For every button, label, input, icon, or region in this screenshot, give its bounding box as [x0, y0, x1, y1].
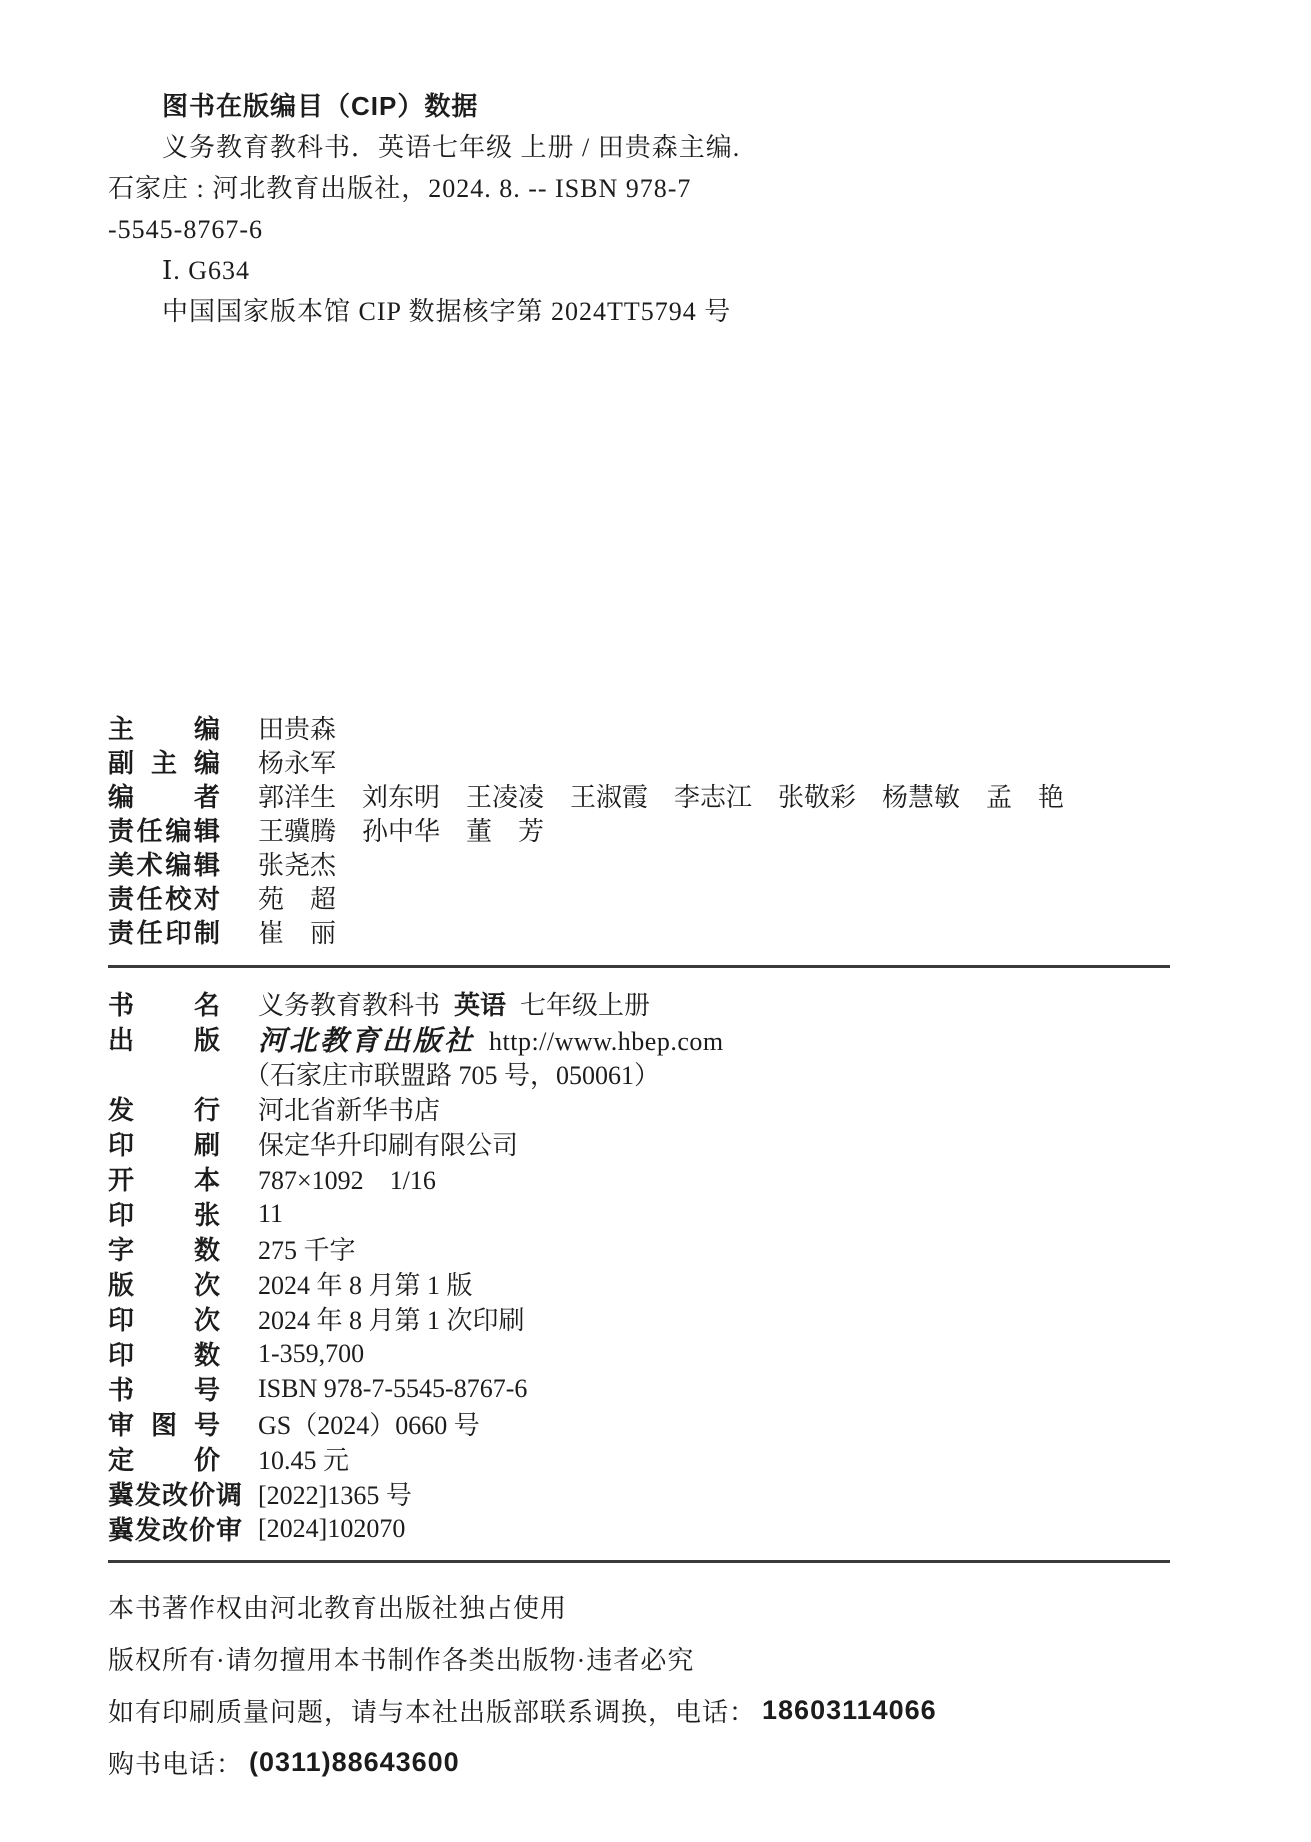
- row-value: 王骥腾 孙中华 董 芳: [258, 811, 544, 848]
- label-char: 号: [194, 1405, 220, 1442]
- text-part: 2024 年 8 月第 1 版: [258, 1271, 473, 1300]
- row-value: [2024]102070: [258, 1514, 405, 1544]
- label-char: 印: [108, 1300, 134, 1337]
- row-label: 定价: [108, 1440, 220, 1477]
- staff-block: 主编田贵森副主编杨永军编者郭洋生 刘东明 王凌凌 王淑霞 李志江 张敬彩 杨慧敏…: [108, 710, 1188, 948]
- label-char: 改: [162, 1475, 188, 1512]
- label-char: 术: [137, 845, 163, 882]
- text-part: 义务教育教科书: [258, 991, 440, 1020]
- label-char: 印: [165, 913, 191, 950]
- publication-row: 印次2024 年 8 月第 1 次印刷: [108, 1301, 1188, 1336]
- row-value: 河北省新华书店: [258, 1090, 440, 1127]
- cip-block: 图书在版编目（CIP）数据 义务教育教科书．英语七年级 上册 / 田贵森主编.石…: [108, 86, 1188, 332]
- row-value: 郭洋生 刘东明 王凌凌 王淑霞 李志江 张敬彩 杨慧敏 孟 艳: [258, 777, 1064, 814]
- label-char: 主: [108, 709, 134, 746]
- label-char: 刷: [194, 1125, 220, 1162]
- label-char: 责: [108, 879, 134, 916]
- row-value: 787×1092 1/16: [258, 1160, 436, 1197]
- label-char: 出: [108, 1020, 134, 1057]
- text-part: 10.45 元: [258, 1446, 349, 1475]
- label-char: 发: [135, 1510, 161, 1547]
- label-char: 编: [165, 811, 191, 848]
- label-char: 张: [194, 1195, 220, 1232]
- phone-number: (0311)88643600: [249, 1747, 460, 1778]
- label-char: 冀: [108, 1510, 134, 1547]
- text-part: 如有印刷质量问题，请与本社出版部联系调换，电话：: [108, 1692, 756, 1729]
- row-value: GS（2024）0660 号: [258, 1405, 480, 1442]
- row-label: 开本: [108, 1160, 220, 1197]
- row-label: 美术编辑: [108, 845, 220, 882]
- label-char: 价: [189, 1510, 215, 1547]
- row-label: 印次: [108, 1300, 220, 1337]
- row-label: 版次: [108, 1265, 220, 1302]
- label-char: 副: [108, 743, 134, 780]
- publication-row: 审图号GS（2024）0660 号: [108, 1406, 1188, 1441]
- label-char: 调: [216, 1475, 242, 1512]
- row-label: 印张: [108, 1195, 220, 1232]
- row-label: 编者: [108, 777, 220, 814]
- label-char: 任: [137, 811, 163, 848]
- publication-row: 书号ISBN 978-7-5545-8767-6: [108, 1371, 1188, 1406]
- publication-block: 书名义务教育教科书英语七年级上册出版河北教育出版社http://www.hbep…: [108, 986, 1188, 1546]
- publication-row: 冀发改价审[2024]102070: [108, 1511, 1188, 1546]
- row-value: 田贵森: [258, 709, 336, 746]
- cip-line: Ⅰ. G634: [108, 250, 1188, 291]
- row-label: 副主编: [108, 743, 220, 780]
- label-char: 印: [108, 1125, 134, 1162]
- row-value: [2022]1365 号: [258, 1475, 412, 1512]
- cip-line: 义务教育教科书．英语七年级 上册 / 田贵森主编.: [108, 127, 1188, 168]
- label-char: 版: [194, 1020, 220, 1057]
- phone-number: 18603114066: [762, 1695, 937, 1726]
- publication-row: 印刷保定华升印刷有限公司: [108, 1126, 1188, 1161]
- copyright-line: 本书著作权由河北教育出版社独占使用: [108, 1580, 1228, 1632]
- text-part: [2024]102070: [258, 1514, 405, 1543]
- publication-row: （石家庄市联盟路 705 号，050061）: [108, 1056, 1188, 1091]
- text-part: 河北教育出版社: [258, 1026, 475, 1057]
- text-part: 版权所有·请勿擅用本书制作各类出版物·违者必究: [108, 1640, 694, 1677]
- text-part: 11: [258, 1199, 283, 1228]
- label-char: 任: [137, 913, 163, 950]
- cip-line: 中国国家版本馆 CIP 数据核字第 2024TT5794 号: [108, 291, 1188, 332]
- label-char: 编: [194, 709, 220, 746]
- row-label: 审图号: [108, 1405, 220, 1442]
- row-label: 书号: [108, 1370, 220, 1407]
- label-char: 编: [108, 777, 134, 814]
- publication-row: 出版河北教育出版社http://www.hbep.com: [108, 1021, 1188, 1056]
- label-char: 版: [108, 1265, 134, 1302]
- row-label: 责任编辑: [108, 811, 220, 848]
- row-label: 印数: [108, 1335, 220, 1372]
- label-char: 次: [194, 1265, 220, 1302]
- row-value: 11: [258, 1199, 283, 1229]
- label-char: 数: [194, 1335, 220, 1372]
- imprint-page: 图书在版编目（CIP）数据 义务教育教科书．英语七年级 上册 / 田贵森主编.石…: [0, 0, 1311, 1842]
- row-label: 出版: [108, 1020, 220, 1057]
- publication-row: 发行河北省新华书店: [108, 1091, 1188, 1126]
- text-part: 2024 年 8 月第 1 次印刷: [258, 1306, 525, 1335]
- row-value: 1-359,700: [258, 1339, 364, 1369]
- row-value: 张尧杰: [258, 845, 336, 882]
- label-char: 审: [108, 1405, 134, 1442]
- text-part: 英语: [454, 990, 506, 1020]
- text-part: 保定华升印刷有限公司: [258, 1131, 518, 1160]
- publication-row: 印数1-359,700: [108, 1336, 1188, 1371]
- staff-row: 责任编辑王骥腾 孙中华 董 芳: [108, 812, 1188, 846]
- label-char: 任: [137, 879, 163, 916]
- label-char: 审: [216, 1510, 242, 1547]
- text-part: 本书著作权由河北教育出版社独占使用: [108, 1588, 567, 1625]
- staff-row: 美术编辑张尧杰: [108, 846, 1188, 880]
- label-char: 本: [194, 1160, 220, 1197]
- cip-title: 图书在版编目（CIP）数据: [108, 86, 1188, 127]
- label-char: 次: [194, 1300, 220, 1337]
- text-part: [2022]1365 号: [258, 1481, 412, 1510]
- label-char: 制: [194, 913, 220, 950]
- label-char: 美: [108, 845, 134, 882]
- label-char: 印: [108, 1195, 134, 1232]
- label-char: 发: [108, 1090, 134, 1127]
- label-char: 责: [108, 913, 134, 950]
- cip-lines: 义务教育教科书．英语七年级 上册 / 田贵森主编.石家庄 : 河北教育出版社，2…: [108, 127, 1188, 332]
- cip-line: 石家庄 : 河北教育出版社，2024. 8. -- ISBN 978-7: [108, 168, 1188, 209]
- text-part: 河北省新华书店: [258, 1096, 440, 1125]
- publication-row: 字数275 千字: [108, 1231, 1188, 1266]
- row-value: 崔 丽: [258, 913, 336, 950]
- row-label: 冀发改价审: [108, 1510, 242, 1547]
- row-value: 2024 年 8 月第 1 版: [258, 1265, 473, 1302]
- text-part: ISBN 978-7-5545-8767-6: [258, 1374, 527, 1403]
- staff-row: 主编田贵森: [108, 710, 1188, 744]
- text-part: 787×1092 1/16: [258, 1166, 436, 1195]
- label-char: 编: [165, 845, 191, 882]
- copyright-block: 本书著作权由河北教育出版社独占使用版权所有·请勿擅用本书制作各类出版物·违者必究…: [108, 1580, 1228, 1788]
- row-label: 发行: [108, 1090, 220, 1127]
- text-part: 购书电话：: [108, 1744, 243, 1781]
- text-part: （石家庄市联盟路 705 号，050061）: [244, 1061, 660, 1090]
- row-label: 主编: [108, 709, 220, 746]
- label-char: 图: [151, 1405, 177, 1442]
- label-char: 对: [194, 879, 220, 916]
- row-value: 杨永军: [258, 743, 336, 780]
- staff-row: 副主编杨永军: [108, 744, 1188, 778]
- staff-row: 责任校对苑 超: [108, 880, 1188, 914]
- publication-row: 印张11: [108, 1196, 1188, 1231]
- label-char: 校: [165, 879, 191, 916]
- divider-bottom: [108, 1560, 1170, 1563]
- text-part: 七年级上册: [520, 991, 650, 1020]
- label-char: 发: [135, 1475, 161, 1512]
- label-char: 者: [194, 777, 220, 814]
- staff-row: 责任印制崔 丽: [108, 914, 1188, 948]
- label-char: 名: [194, 985, 220, 1022]
- label-char: 定: [108, 1440, 134, 1477]
- row-value: 10.45 元: [258, 1440, 349, 1477]
- row-value: 义务教育教科书英语七年级上册: [258, 985, 650, 1022]
- copyright-line: 如有印刷质量问题，请与本社出版部联系调换，电话：18603114066: [108, 1684, 1228, 1736]
- row-value: （石家庄市联盟路 705 号，050061）: [244, 1055, 660, 1092]
- row-value: 河北教育出版社http://www.hbep.com: [258, 1019, 724, 1059]
- label-char: 改: [162, 1510, 188, 1547]
- label-char: 责: [108, 811, 134, 848]
- row-label: 书名: [108, 985, 220, 1022]
- label-char: 价: [194, 1440, 220, 1477]
- row-value: 苑 超: [258, 879, 336, 916]
- label-char: 编: [194, 743, 220, 780]
- row-value: 275 千字: [258, 1230, 356, 1267]
- label-char: 冀: [108, 1475, 134, 1512]
- staff-row: 编者郭洋生 刘东明 王凌凌 王淑霞 李志江 张敬彩 杨慧敏 孟 艳: [108, 778, 1188, 812]
- publication-row: 冀发改价调[2022]1365 号: [108, 1476, 1188, 1511]
- cip-line: -5545-8767-6: [108, 209, 1188, 250]
- label-char: 行: [194, 1090, 220, 1127]
- publication-row: 版次2024 年 8 月第 1 版: [108, 1266, 1188, 1301]
- publication-row: 书名义务教育教科书英语七年级上册: [108, 986, 1188, 1021]
- row-value: ISBN 978-7-5545-8767-6: [258, 1374, 527, 1404]
- divider-top: [108, 965, 1170, 968]
- publication-row: 定价10.45 元: [108, 1441, 1188, 1476]
- copyright-line: 版权所有·请勿擅用本书制作各类出版物·违者必究: [108, 1632, 1228, 1684]
- publication-row: 开本787×1092 1/16: [108, 1161, 1188, 1196]
- label-char: 字: [108, 1230, 134, 1267]
- label-char: 印: [108, 1335, 134, 1372]
- row-value: 2024 年 8 月第 1 次印刷: [258, 1300, 525, 1337]
- label-char: 价: [189, 1475, 215, 1512]
- label-char: 数: [194, 1230, 220, 1267]
- text-part: GS（2024）0660 号: [258, 1411, 480, 1440]
- label-char: 书: [108, 1370, 134, 1407]
- row-label: 印刷: [108, 1125, 220, 1162]
- label-char: 辑: [194, 811, 220, 848]
- text-part: 1-359,700: [258, 1339, 364, 1368]
- row-label: 冀发改价调: [108, 1475, 242, 1512]
- label-char: 开: [108, 1160, 134, 1197]
- text-part: 275 千字: [258, 1236, 356, 1265]
- label-char: 书: [108, 985, 134, 1022]
- row-label: 字数: [108, 1230, 220, 1267]
- row-label: 责任校对: [108, 879, 220, 916]
- label-char: 主: [151, 743, 177, 780]
- text-part: http://www.hbep.com: [489, 1027, 724, 1056]
- copyright-line: 购书电话：(0311)88643600: [108, 1736, 1228, 1788]
- label-char: 号: [194, 1370, 220, 1407]
- label-char: 辑: [194, 845, 220, 882]
- row-value: 保定华升印刷有限公司: [258, 1125, 518, 1162]
- row-label: 责任印制: [108, 913, 220, 950]
